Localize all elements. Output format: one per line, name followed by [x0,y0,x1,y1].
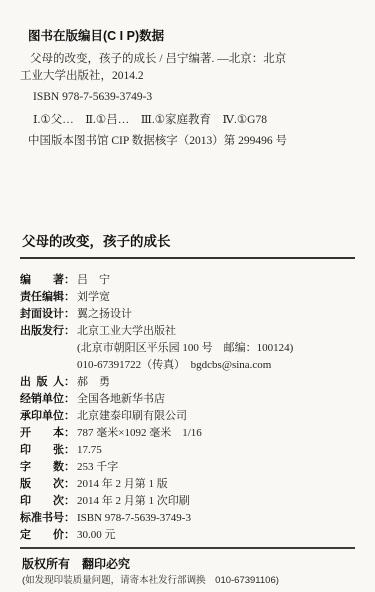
row-label: 出 版 人： [20,374,77,391]
quality-exchange-note: (如发现印装质量问题，请寄本社发行部调换 010-67391106) [22,575,355,586]
row-value: 17.75 [77,442,102,459]
row-label: 印 张： [20,442,77,459]
book-title: 父母的改变，孩子的成长 [22,234,355,249]
cip-entry-line-1: 父母的改变，孩子的成长 / 吕宁编著. —北京：北京 [20,51,355,68]
row-value: 2014 年 2 月第 1 版 [77,476,168,493]
row-value: 郝 勇 [77,374,110,391]
row-label: 版 次： [20,476,77,493]
colophon-row-format: 开 本： 787 毫米×1092 毫米 1/16 [20,425,355,442]
colophon-row-publisher-person: 出 版 人： 郝 勇 [20,374,355,391]
row-value: 刘学宽 [77,289,110,306]
top-divider [20,257,355,259]
colophon-row-edition: 版 次： 2014 年 2 月第 1 版 [20,476,355,493]
row-label: 字 数： [20,459,77,476]
row-value: 北京工业大学出版社 [77,323,176,340]
row-value: ISBN 978-7-5639-3749-3 [77,510,191,527]
cip-isbn-line: ISBN 978-7-5639-3749-3 [20,89,355,106]
colophon-row-printer: 承印单位： 北京建泰印刷有限公司 [20,408,355,425]
row-value: 2014 年 2 月第 1 次印刷 [77,493,190,510]
row-label: 印 次： [20,493,77,510]
row-label: 定 价： [20,527,77,544]
row-label: 承印单位： [20,408,77,425]
colophon-list: 编 著： 吕 宁 责任编辑： 刘学宽 封面设计： 翼之扬设计 出版发行： 北京工… [20,272,355,544]
colophon-row-author: 编 著： 吕 宁 [20,272,355,289]
copyright-notice: 版权所有 翻印必究 [22,557,355,571]
colophon-row-address: (北京市朝阳区平乐园 100 号 邮编：100124) [20,340,355,357]
cip-class-line: Ⅰ.①父… Ⅱ.①吕… Ⅲ.①家庭教育 Ⅳ.①G78 [20,112,355,129]
row-label: 编 著： [20,272,77,289]
row-value: 30.00 元 [77,527,116,544]
cip-block: 图书在版编目(C I P)数据 父母的改变，孩子的成长 / 吕宁编著. —北京：… [20,30,355,150]
colophon-row-word-count: 字 数： 253 千字 [20,459,355,476]
colophon-row-cover-design: 封面设计： 翼之扬设计 [20,306,355,323]
cip-entry-line-2: 工业大学出版社，2014.2 [20,68,355,85]
colophon-row-distributor: 经销单位： 全国各地新华书店 [20,391,355,408]
colophon-row-isbn: 标准书号： ISBN 978-7-5639-3749-3 [20,510,355,527]
cip-record-line: 中国版本图书馆 CIP 数据核字（2013）第 299496 号 [20,133,355,150]
colophon-row-sheets: 印 张： 17.75 [20,442,355,459]
row-value: 253 千字 [77,459,118,476]
cip-heading: 图书在版编目(C I P)数据 [28,30,355,43]
colophon-row-phone-email: 010-67391722（传真） bgdcbs@sina.com [20,357,355,374]
row-label: 经销单位： [20,391,77,408]
colophon-row-price: 定 价： 30.00 元 [20,527,355,544]
row-value: 北京建泰印刷有限公司 [77,408,187,425]
footer-block: 版权所有 翻印必究 (如发现印装质量问题，请寄本社发行部调换 010-67391… [20,557,355,586]
row-label: 标准书号： [20,510,77,527]
row-value: 787 毫米×1092 毫米 1/16 [77,425,202,442]
colophon-row-printing: 印 次： 2014 年 2 月第 1 次印刷 [20,493,355,510]
row-label: 封面设计： [20,306,77,323]
row-value: (北京市朝阳区平乐园 100 号 邮编：100124) [77,340,293,357]
row-value: 010-67391722（传真） bgdcbs@sina.com [77,357,271,374]
colophon-row-publisher: 出版发行： 北京工业大学出版社 [20,323,355,340]
row-value: 全国各地新华书店 [77,391,165,408]
row-label: 出版发行： [20,323,77,340]
copyright-page: 图书在版编目(C I P)数据 父母的改变，孩子的成长 / 吕宁编著. —北京：… [0,0,375,592]
row-value: 翼之扬设计 [77,306,132,323]
row-value: 吕 宁 [77,272,110,289]
row-label: 开 本： [20,425,77,442]
colophon-row-editor: 责任编辑： 刘学宽 [20,289,355,306]
row-label: 责任编辑： [20,289,77,306]
bottom-divider [20,547,355,549]
